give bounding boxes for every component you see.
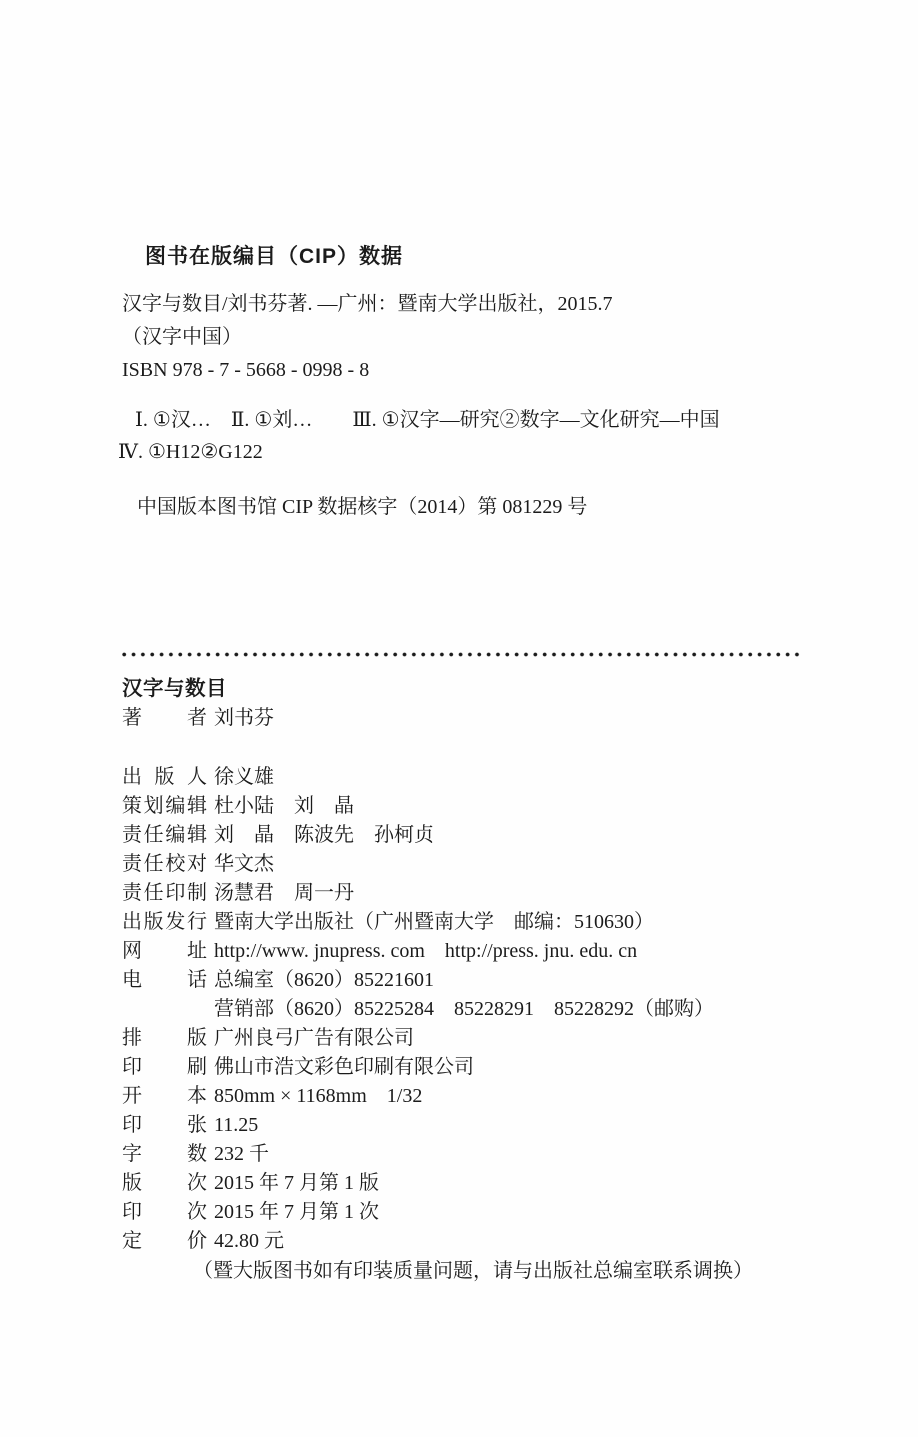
row-label: 网址 xyxy=(122,937,207,966)
colophon-row: 网址 http://www. jnupress. com http://pres… xyxy=(122,937,834,966)
row-label: 责任校对 xyxy=(122,850,207,879)
row-value: 850mm × 1168mm 1/32 xyxy=(214,1082,422,1111)
row-label: 定价 xyxy=(122,1227,207,1256)
colophon-row-continuation: 营销部（8620）85225284 85228291 85228292（邮购） xyxy=(122,995,834,1024)
row-label: 责任编辑 xyxy=(122,821,207,850)
colophon-row: 开本 850mm × 1168mm 1/32 xyxy=(122,1082,834,1111)
cip-header: 图书在版编目（CIP）数据 xyxy=(145,244,834,270)
book-copyright-page: 图书在版编目（CIP）数据 汉字与数目/刘书芬著. —广州：暨南大学出版社，20… xyxy=(0,0,918,1437)
row-value: 刘 晶 陈波先 孙柯贞 xyxy=(214,821,434,850)
row-label: 字数 xyxy=(122,1140,207,1169)
row-label: 版次 xyxy=(122,1169,207,1198)
colophon-row: 排版 广州良弓广告有限公司 xyxy=(122,1024,834,1053)
colophon-row: 出版发行 暨南大学出版社（广州暨南大学 邮编：510630） xyxy=(122,908,834,937)
colophon-row: 策划编辑 杜小陆 刘 晶 xyxy=(122,792,834,821)
row-label: 排版 xyxy=(122,1024,207,1053)
row-value: 刘书芬 xyxy=(214,704,274,733)
row-value: 营销部（8620）85225284 85228291 85228292（邮购） xyxy=(214,995,714,1024)
cip-classification-line-2: Ⅳ. ①H12②G122 xyxy=(118,436,834,468)
cip-data-block: 图书在版编目（CIP）数据 汉字与数目/刘书芬著. —广州：暨南大学出版社，20… xyxy=(122,0,834,523)
colophon-row: 责任印制 汤慧君 周一丹 xyxy=(122,879,834,908)
cip-description-line: 汉字与数目/刘书芬著. —广州：暨南大学出版社，2015.7 xyxy=(122,288,834,321)
row-label: 印张 xyxy=(122,1111,207,1140)
colophon-row: 印张 11.25 xyxy=(122,1111,834,1140)
colophon-row-author: 著者 刘书芬 xyxy=(122,704,834,733)
colophon-row: 印刷 佛山市浩文彩色印刷有限公司 xyxy=(122,1053,834,1082)
row-label: 印次 xyxy=(122,1198,207,1227)
row-label: 电话 xyxy=(122,966,207,995)
colophon-row: 责任校对 华文杰 xyxy=(122,850,834,879)
colophon-row: 版次 2015 年 7 月第 1 版 xyxy=(122,1169,834,1198)
cip-series-line: （汉字中国） xyxy=(122,321,834,354)
row-value: 佛山市浩文彩色印刷有限公司 xyxy=(214,1053,474,1082)
row-value: 2015 年 7 月第 1 版 xyxy=(214,1169,379,1198)
dotted-divider xyxy=(122,652,803,657)
row-label: 策划编辑 xyxy=(122,792,207,821)
row-value: 11.25 xyxy=(214,1111,258,1140)
row-value: 杜小陆 刘 晶 xyxy=(214,792,354,821)
colophon-row: 字数 232 千 xyxy=(122,1140,834,1169)
row-label: 出版人 xyxy=(122,763,207,792)
row-value: 暨南大学出版社（广州暨南大学 邮编：510630） xyxy=(214,908,654,937)
colophon-row: 定价 42.80 元 xyxy=(122,1227,834,1256)
cip-record-number-line: 中国版本图书馆 CIP 数据核字（2014）第 081229 号 xyxy=(137,491,834,523)
cip-isbn-line: ISBN 978 - 7 - 5668 - 0998 - 8 xyxy=(122,354,834,387)
row-value: http://www. jnupress. com http://press. … xyxy=(214,937,637,966)
row-label: 责任印制 xyxy=(122,879,207,908)
row-label: 开本 xyxy=(122,1082,207,1111)
row-label: 著者 xyxy=(122,704,207,733)
row-value: 232 千 xyxy=(214,1140,269,1169)
quality-exchange-note: （暨大版图书如有印装质量问题，请与出版社总编室联系调换） xyxy=(193,1256,834,1286)
row-label: 出版发行 xyxy=(122,908,207,937)
colophon-row: 电话 总编室（8620）85221601 xyxy=(122,966,834,995)
row-value: 徐义雄 xyxy=(214,763,274,792)
row-value: 42.80 元 xyxy=(214,1227,284,1256)
spacer xyxy=(122,733,834,763)
colophon-row: 责任编辑 刘 晶 陈波先 孙柯贞 xyxy=(122,821,834,850)
book-title: 汉字与数目 xyxy=(122,674,834,704)
row-value: 汤慧君 周一丹 xyxy=(214,879,354,908)
colophon-row: 出版人 徐义雄 xyxy=(122,763,834,792)
row-value: 广州良弓广告有限公司 xyxy=(214,1024,414,1053)
row-label: 印刷 xyxy=(122,1053,207,1082)
colophon-block: 汉字与数目 著者 刘书芬 出版人 徐义雄 策划编辑 杜小陆 刘 晶 责任编辑 刘… xyxy=(122,674,834,1286)
colophon-row: 印次 2015 年 7 月第 1 次 xyxy=(122,1198,834,1227)
row-value: 华文杰 xyxy=(214,850,274,879)
cip-classification-line-1: Ⅰ. ①汉… Ⅱ. ①刘… Ⅲ. ①汉字—研究②数字—文化研究—中国 xyxy=(135,404,834,436)
row-value: 总编室（8620）85221601 xyxy=(214,966,434,995)
row-value: 2015 年 7 月第 1 次 xyxy=(214,1198,379,1227)
